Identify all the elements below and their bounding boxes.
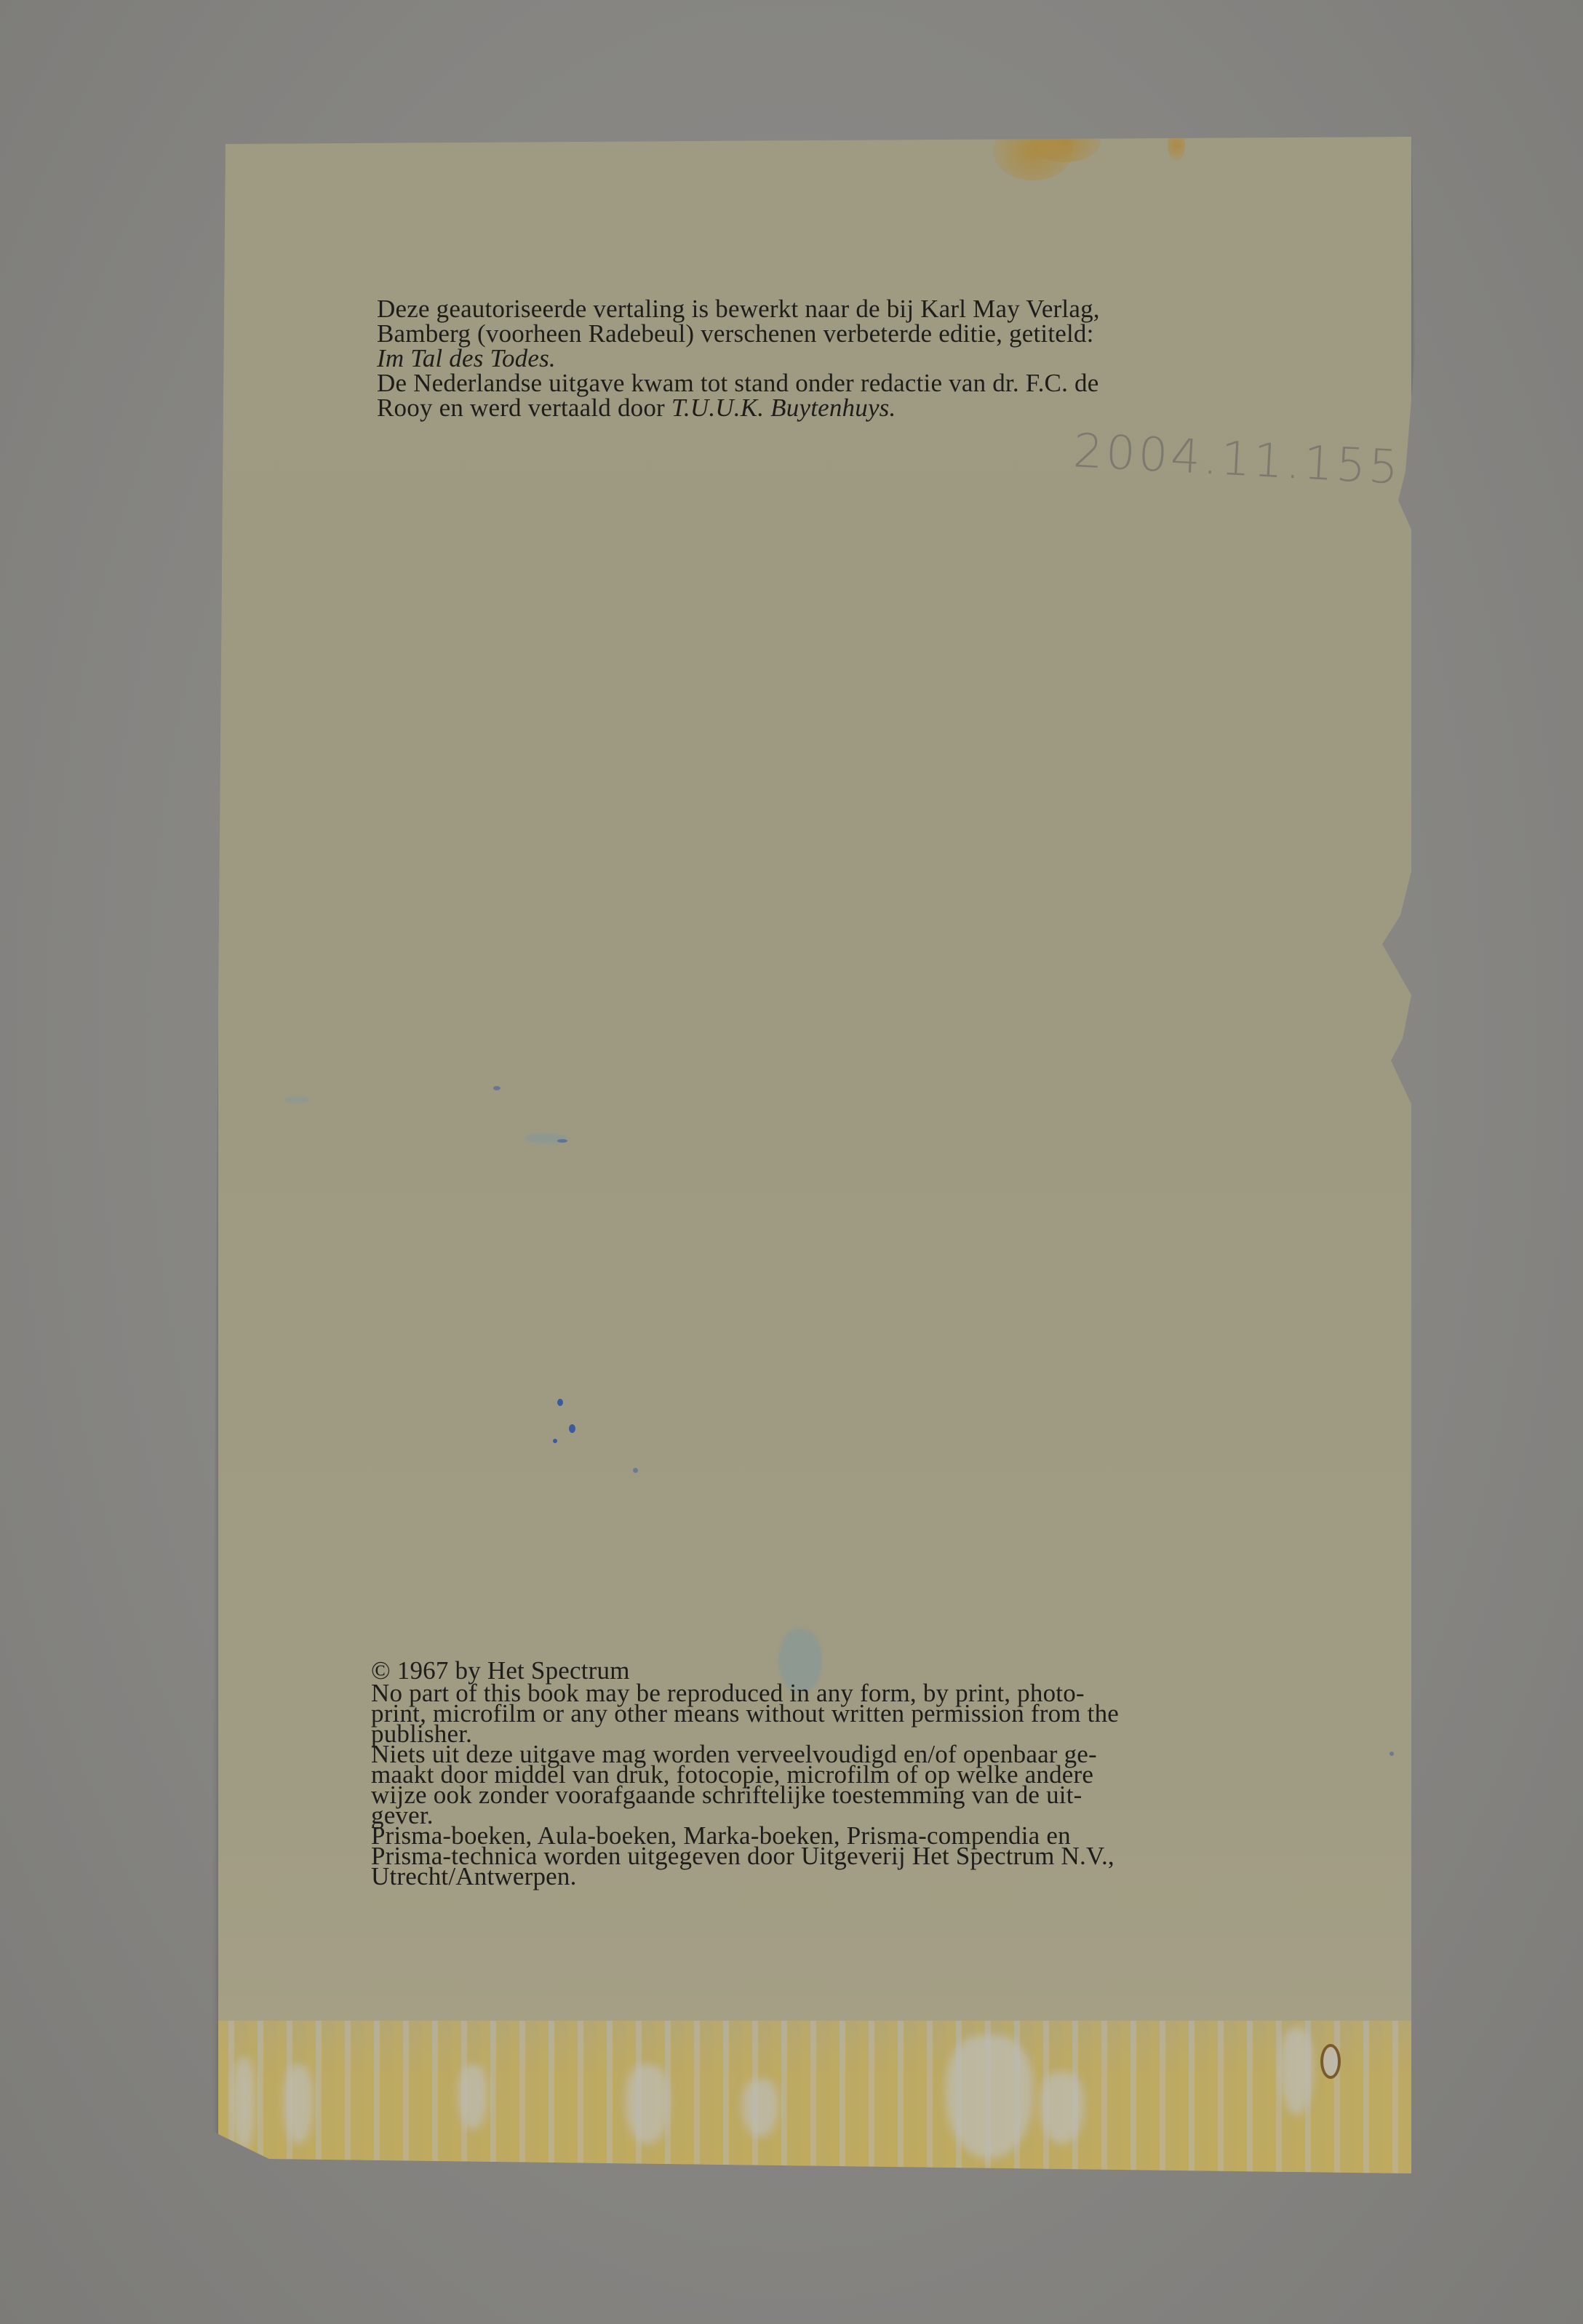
ink-dot — [557, 1139, 567, 1143]
translation-line-1: Deze geautoriseerde vertaling is bewerkt… — [377, 297, 1100, 322]
abrasion — [458, 2064, 487, 2130]
abrasion — [946, 2035, 1033, 2159]
ink-dot — [569, 1424, 575, 1433]
english-notice-2: print, microfilm or any other means with… — [371, 1704, 1119, 1724]
translation-line-2: Bamberg (voorheen Radebeul) verschenen v… — [377, 322, 1100, 346]
abrasion — [742, 2079, 778, 2137]
dutch-notice-3: wijze ook zonder voorafgaande schrifteli… — [371, 1785, 1119, 1805]
abrasion — [1040, 2072, 1084, 2144]
copyright-line: © 1967 by Het Spectrum — [371, 1661, 1119, 1681]
original-title: Im Tal des Todes. — [377, 346, 1100, 371]
copyright-block: © 1967 by Het Spectrum No part of this b… — [371, 1661, 1119, 1887]
abrasion — [284, 2064, 313, 2144]
paper-hole — [1320, 2044, 1341, 2079]
foxing-stain-bottom — [218, 2021, 1411, 2173]
translation-note: Deze geautoriseerde vertaling is bewerkt… — [377, 297, 1100, 420]
abrasion — [233, 2057, 255, 2152]
ink-mark — [284, 1097, 310, 1103]
editor-line-1: De Nederlandse uitgave kwam tot stand on… — [377, 371, 1100, 396]
editor-line-2-text: Rooy en werd vertaald door — [377, 394, 671, 422]
ink-dot — [633, 1468, 638, 1473]
editor-line-2: Rooy en werd vertaald door T.U.U.K. Buyt… — [377, 396, 1100, 420]
abrasion — [626, 2064, 669, 2144]
ink-dot — [553, 1439, 557, 1443]
ink-dot — [493, 1086, 501, 1090]
ink-dot — [1389, 1752, 1394, 1756]
ink-dot — [557, 1399, 563, 1406]
abrasion — [1280, 2028, 1313, 2115]
translator-name: T.U.U.K. Buytenhuys. — [671, 394, 896, 422]
